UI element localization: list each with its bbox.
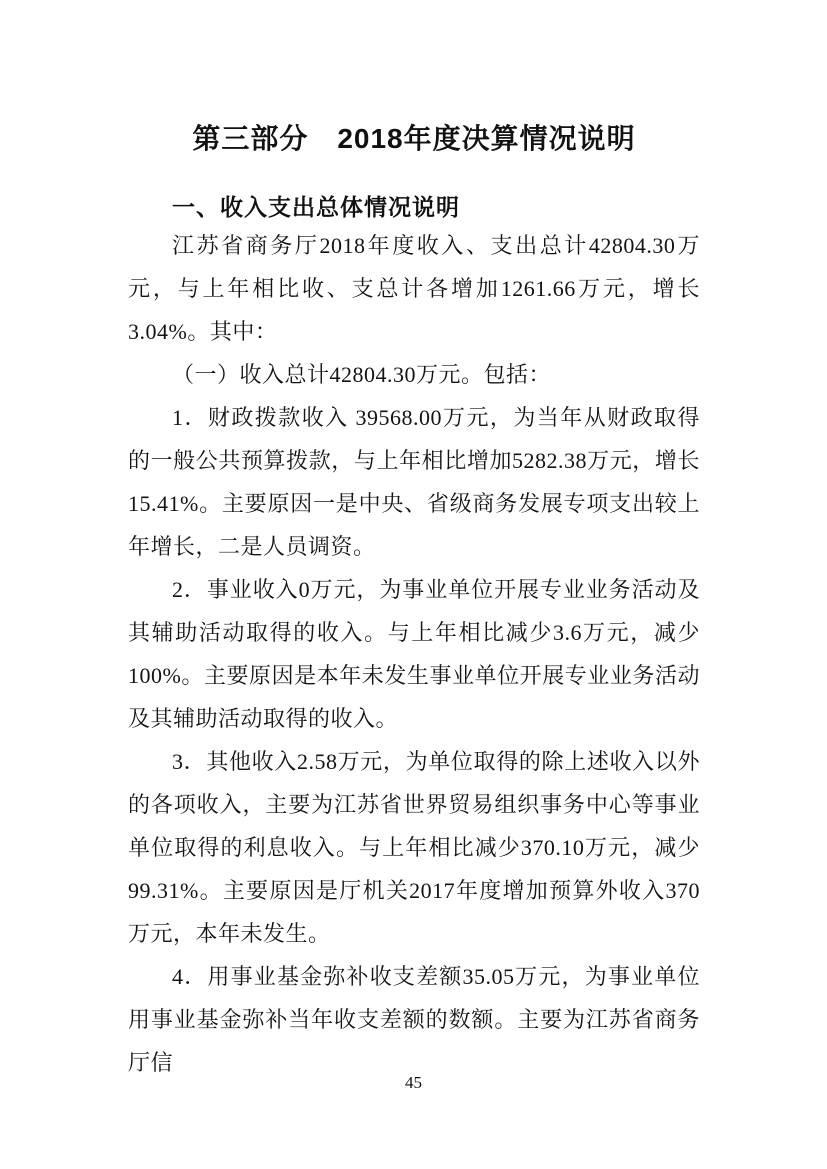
paragraph-total-income-expenditure: 江苏省商务厅2018年度收入、支出总计42804.30万元，与上年相比收、支总计… <box>128 224 700 353</box>
paragraph-item1-fiscal-appropriation-income: 1．财政拨款收入 39568.00万元，为当年从财政取得的一般公共预算拨款，与上… <box>128 396 700 568</box>
paragraph-income-total: （一）收入总计42804.30万元。包括： <box>128 353 700 396</box>
paragraph-item3-other-income: 3．其他收入2.58万元，为单位取得的除上述收入以外的各项收入，主要为江苏省世界… <box>128 740 700 955</box>
document-content: 第三部分 2018年度决算情况说明 一、收入支出总体情况说明 江苏省商务厅201… <box>128 118 700 1084</box>
paragraph-item4-fund-balance: 4．用事业基金弥补收支差额35.05万元，为事业单位用事业基金弥补当年收支差额的… <box>128 955 700 1084</box>
paragraph-item2-institution-income: 2．事业收入0万元，为事业单位开展专业业务活动及其辅助活动取得的收入。与上年相比… <box>128 568 700 740</box>
page-number: 45 <box>0 1072 827 1094</box>
document-title: 第三部分 2018年度决算情况说明 <box>128 118 700 160</box>
document-page: 第三部分 2018年度决算情况说明 一、收入支出总体情况说明 江苏省商务厅201… <box>0 0 827 1169</box>
section-heading-income-expenditure-overview: 一、收入支出总体情况说明 <box>128 190 700 224</box>
